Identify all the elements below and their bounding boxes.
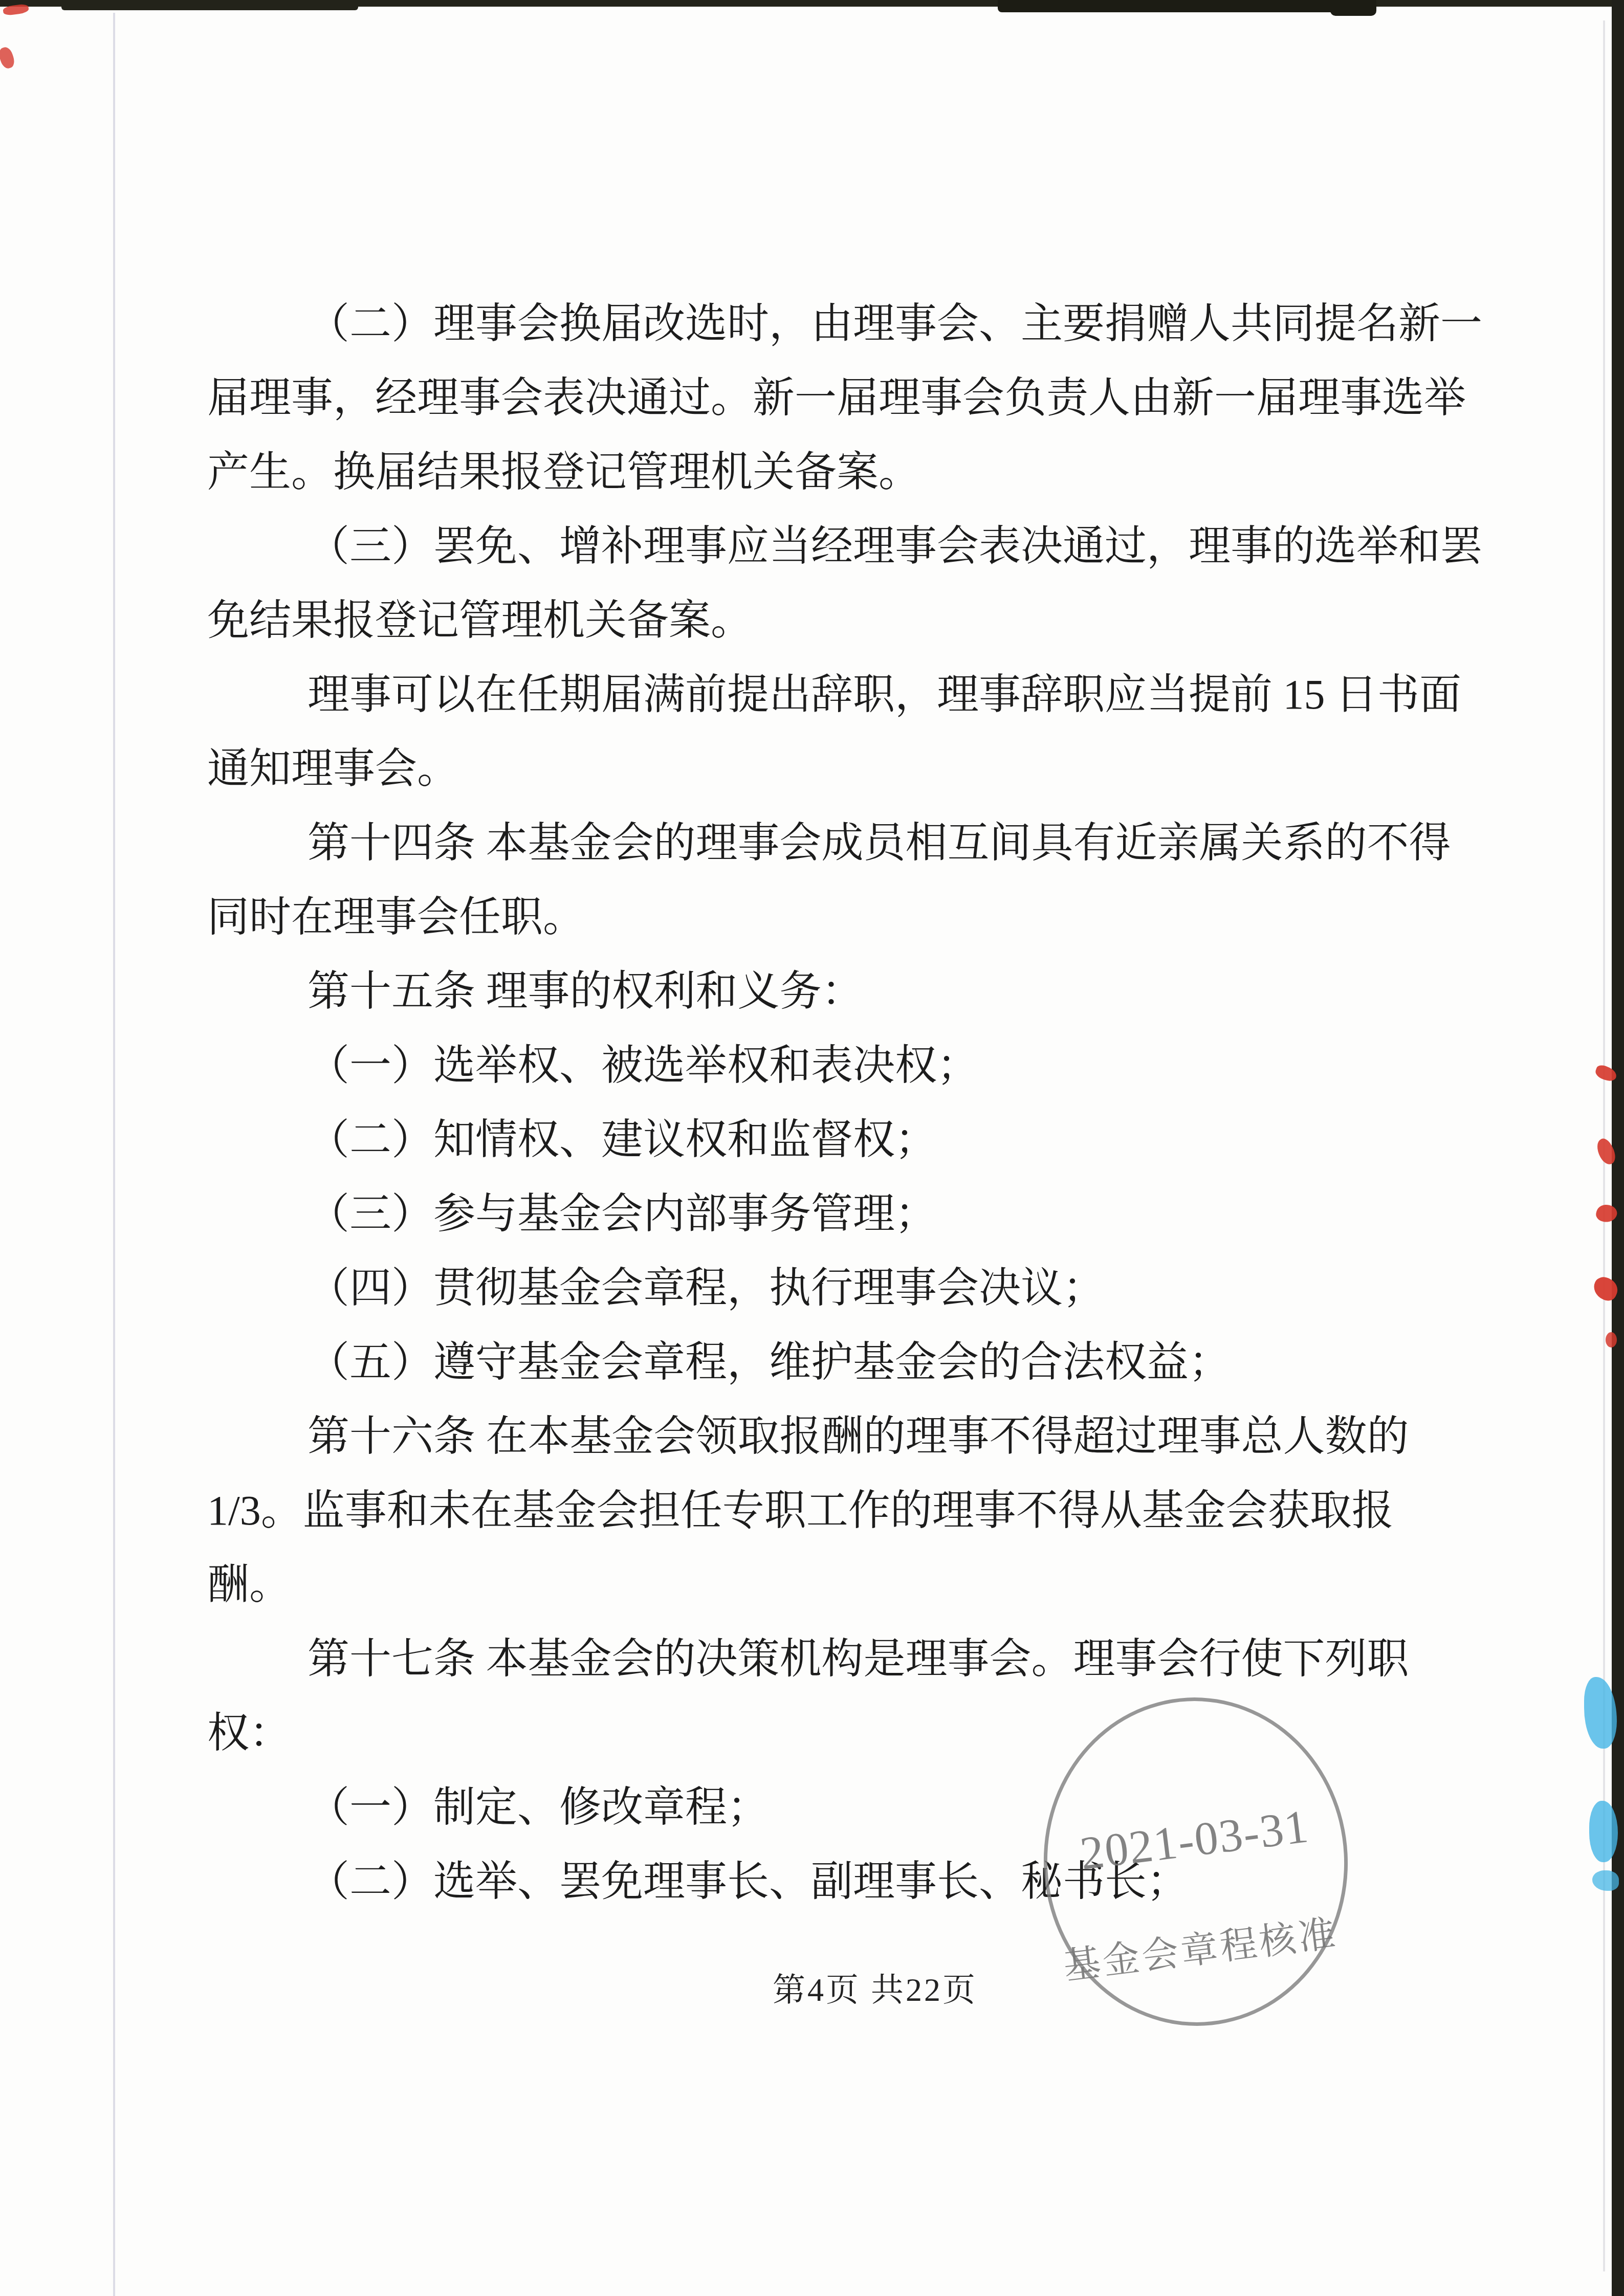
text-line: （三）罢免、增补理事应当经理事会表决通过，理事的选举和罢: [207, 509, 1445, 583]
text-line: 第十五条 理事的权利和义务：: [207, 954, 1445, 1028]
text-line: （二）理事会换届改选时，由理事会、主要捐赠人共同提名新一: [207, 286, 1445, 361]
red-ink-mark: [1606, 1332, 1617, 1348]
scanned-document-page: 2021-03-31 基金会章程核准 （二）理事会换届改选时，由理事会、主要捐赠…: [0, 0, 1624, 2296]
text-line: 产生。换届结果报登记管理机关备案。: [207, 435, 1445, 509]
text-line: （五）遵守基金会章程，维护基金会的合法权益；: [207, 1325, 1445, 1399]
text-line: 通知理事会。: [207, 732, 1445, 806]
text-line: 第十六条 在本基金会领取报酬的理事不得超过理事总人数的: [207, 1399, 1445, 1473]
text-line: （三）参与基金会内部事务管理；: [207, 1177, 1445, 1251]
stamp-caption: 基金会章程核准: [1060, 1903, 1341, 1990]
stamp-date: 2021-03-31: [1077, 1799, 1312, 1881]
text-line: 第十四条 本基金会的理事会成员相互间具有近亲属关系的不得: [207, 806, 1445, 880]
paper-fold-line: [113, 13, 115, 2296]
text-line: （四）贯彻基金会章程，执行理事会决议；: [207, 1251, 1445, 1325]
text-line: 酬。: [207, 1548, 1445, 1622]
scan-border-top-smudge: [998, 0, 1371, 12]
blue-ink-mark: [1592, 1870, 1619, 1891]
text-line: 同时在理事会任职。: [207, 880, 1445, 954]
scan-border-right: [1612, 0, 1624, 2296]
text-line: （一）选举权、被选举权和表决权；: [207, 1028, 1445, 1102]
scan-border-top-smudge: [61, 0, 358, 10]
text-line: 届理事，经理事会表决通过。新一届理事会负责人由新一届理事选举: [207, 361, 1445, 435]
text-line: 理事可以在任期届满前提出辞职，理事辞职应当提前 15 日书面: [207, 657, 1445, 732]
scan-border-top-smudge: [1330, 0, 1376, 16]
red-ink-mark: [0, 46, 16, 70]
blue-ink-mark: [1589, 1801, 1618, 1862]
page-number-footer: 第4页 共22页: [773, 1963, 977, 2011]
text-line: 1/3。监事和未在基金会担任专职工作的理事不得从基金会获取报: [207, 1473, 1445, 1548]
text-line: 免结果报登记管理机关备案。: [207, 583, 1445, 657]
text-line: （二）知情权、建议权和监督权；: [207, 1102, 1445, 1177]
document-text-block: （二）理事会换届改选时，由理事会、主要捐赠人共同提名新一 届理事，经理事会表决通…: [207, 286, 1445, 1918]
text-line: 第十七条 本基金会的决策机构是理事会。理事会行使下列职: [207, 1622, 1445, 1696]
